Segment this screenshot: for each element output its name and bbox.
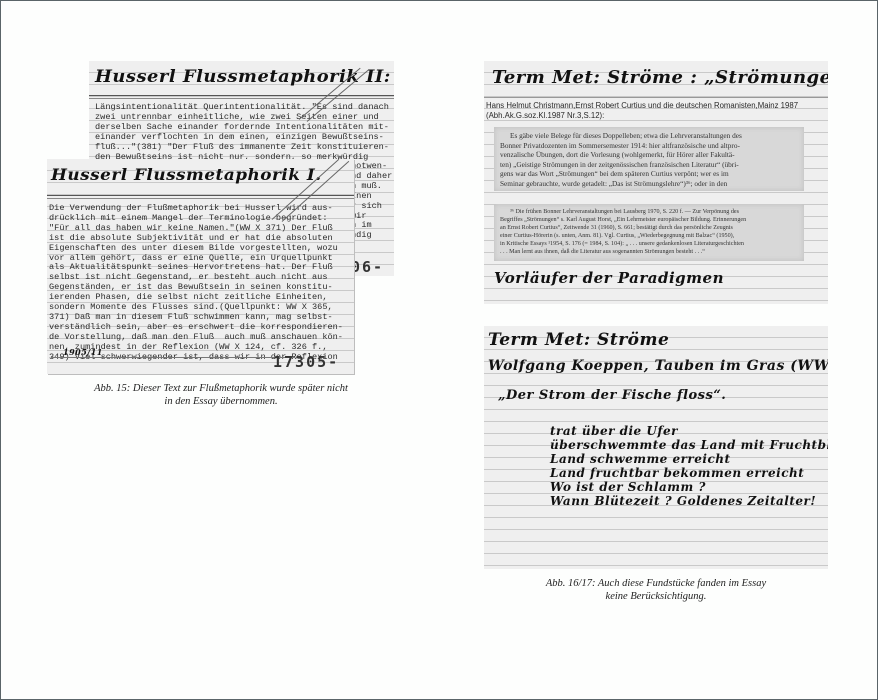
card-header-rule bbox=[484, 97, 828, 98]
overflow-fragment: ndig bbox=[351, 231, 392, 241]
caption-line: keine Berücksichtigung. bbox=[491, 590, 821, 603]
caption-line: Abb. 15: Dieser Text zur Flußmetaphorik … bbox=[41, 382, 401, 395]
handwritten-card-title: Term Met: Ströme bbox=[488, 330, 669, 350]
handwritten-line: Wo ist der Schlamm ? bbox=[550, 480, 706, 494]
pasted-footnote-clipping: ³⁶ Die frühen Bonner Lehrveranstaltungen… bbox=[494, 204, 804, 261]
index-card-stroemungen: Term Met: Ströme : „Strömungen“ Hans Hel… bbox=[484, 61, 828, 304]
clipping-line: Seminar gebrauchte, wurde getadelt: „Das… bbox=[500, 179, 798, 189]
card-header-rule bbox=[89, 95, 394, 96]
clipping-line: Es gäbe viele Belege für dieses Doppelle… bbox=[500, 131, 798, 141]
pasted-book-clipping: Es gäbe viele Belege für dieses Doppelle… bbox=[494, 127, 804, 191]
handwritten-date: 1905/11 bbox=[63, 347, 103, 357]
index-card-stroeme: Term Met: Ströme Wolfgang Koeppen, Taube… bbox=[484, 326, 828, 569]
caption-line: Abb. 16/17: Auch diese Fundstücke fanden… bbox=[491, 577, 821, 590]
clipping-line: an Ernst Robert Curtius“, Zeitwende 31 (… bbox=[500, 224, 798, 232]
index-card-flussmetaphorik-1: Husserl Flussmetaphorik I. Die Verwendun… bbox=[47, 159, 354, 374]
handwritten-line: „Der Strom der Fische floss“. bbox=[498, 388, 726, 403]
typed-text-block: Längsintentionalität Querintentionalität… bbox=[95, 103, 389, 162]
card-stamp-number: 06- bbox=[351, 258, 384, 276]
figure-caption: Abb. 16/17: Auch diese Fundstücke fanden… bbox=[491, 577, 821, 603]
card-header-rule bbox=[89, 98, 394, 99]
handwritten-line: Wann Blütezeit ? Goldenes Zeitalter! bbox=[550, 494, 816, 508]
typed-text-block: Die Verwendung der Flußmetaphorik bei Hu… bbox=[49, 204, 343, 363]
clipping-line: Begriffes „Strömungen“ s. Karl August Ho… bbox=[500, 216, 798, 224]
caption-line: in den Essay übernommen. bbox=[41, 395, 401, 408]
card-stamp-number: 17305- bbox=[273, 353, 339, 371]
handwritten-card-title: Term Met: Ströme : „Strömungen“ bbox=[492, 67, 828, 88]
card-footer-rule bbox=[51, 357, 294, 358]
clipping-line: gens war das Wort „Strömungen“ bei dem s… bbox=[500, 169, 798, 179]
clipping-line: Bonner Privatdozenten im Sommersemester … bbox=[500, 141, 798, 151]
clipping-line: . . . Man lernt aus ihnen, daß die Liter… bbox=[500, 248, 798, 256]
handwritten-line: trat über die Ufer bbox=[550, 424, 678, 438]
clipping-line: einer Curtius-Hörerin (s. unten, Anm. 81… bbox=[500, 232, 798, 240]
overflow-text-fragments: notwen-nd dahern muß.Inenr sichwirn imnd… bbox=[351, 162, 392, 241]
handwritten-card-title: Husserl Flussmetaphorik I. bbox=[51, 165, 322, 184]
figure-caption: Abb. 15: Dieser Text zur Flußmetaphorik … bbox=[41, 382, 401, 408]
typed-reference: Hans Helmut Christmann,Ernst Robert Curt… bbox=[486, 101, 798, 121]
handwritten-line: Land fruchtbar bekommen erreicht bbox=[550, 466, 804, 480]
handwritten-note: Vorläufer der Paradigmen bbox=[494, 269, 724, 287]
handwritten-line: überschwemmte das Land mit Fruchtbk bbox=[550, 438, 828, 452]
clipping-line: ten) „Geistige Strömungen in der zeitgen… bbox=[500, 160, 798, 170]
handwritten-card-title: Husserl Flussmetaphorik II: bbox=[95, 67, 391, 87]
clipping-line: venzalische Übungen, dort die Vorlesung … bbox=[500, 150, 798, 160]
handwritten-line: Land schwemme erreicht bbox=[550, 452, 731, 466]
clipping-line: ³⁶ Die frühen Bonner Lehrveranstaltungen… bbox=[500, 208, 798, 216]
clipping-line: in Kritische Essays ¹1954, S. 176 (= 198… bbox=[500, 240, 798, 248]
handwritten-line: Wolfgang Koeppen, Tauben im Gras (WW II … bbox=[488, 358, 828, 374]
